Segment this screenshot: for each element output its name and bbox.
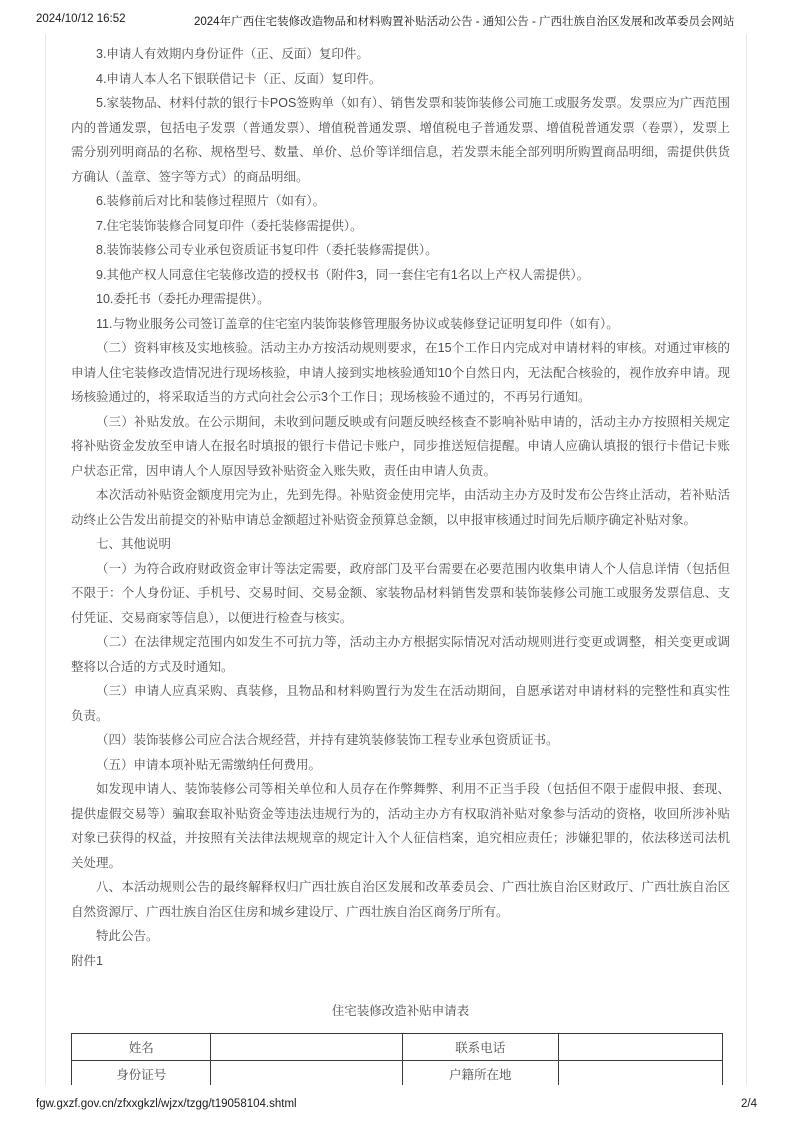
table-label-cell: 联系电话 — [402, 1034, 558, 1061]
paragraph: 特此公告。 — [71, 924, 730, 949]
document-paragraphs: 3.申请人有效期内身份证件（正、反面）复印件。4.申请人本人名下银联借记卡（正、… — [46, 34, 746, 949]
table-value-cell — [558, 1061, 723, 1086]
paragraph: 10.委托书（委托办理需提供）。 — [71, 287, 730, 312]
table-row: 姓名联系电话 — [72, 1034, 723, 1061]
paragraph: 8.装饰装修公司专业承包资质证书复印件（委托装修需提供）。 — [71, 238, 730, 263]
paragraph: 七、其他说明 — [71, 532, 730, 557]
footer-page-number: 2/4 — [741, 1098, 757, 1110]
table-label-cell: 户籍所在地 — [402, 1061, 558, 1086]
table-value-cell — [211, 1034, 403, 1061]
paragraph: （五）申请本项补贴无需缴纳任何费用。 — [71, 753, 730, 778]
table-label-cell: 身份证号 — [72, 1061, 211, 1086]
paragraph: 5.家装物品、材料付款的银行卡POS签购单（如有）、销售发票和装饰装修公司施工或… — [71, 91, 730, 189]
paragraph: （三）补贴发放。在公示期间，未收到问题反映或有问题反映经核查不影响补贴申请的，活… — [71, 410, 730, 484]
paragraph: 6.装修前后对比和装修过程照片（如有）。 — [71, 189, 730, 214]
table-value-cell — [211, 1061, 403, 1086]
paragraph: （二）在法律规定范围内如发生不可抗力等，活动主办方根据实际情况对活动规则进行变更… — [71, 630, 730, 679]
attachment-block: 附件1 住宅装修改造补贴申请表 姓名联系电话身份证号户籍所在地 — [71, 949, 730, 1085]
print-footer: fgw.gxzf.gov.cn/zfxxgkzl/wjzx/tzgg/t1905… — [36, 1098, 757, 1110]
table-label-cell: 姓名 — [72, 1034, 211, 1061]
paragraph: （三）申请人应真采购、真装修，且物品和材料购置行为发生在活动期间，自愿承诺对申请… — [71, 679, 730, 728]
paragraph: （四）装饰装修公司应合法合规经营，并持有建筑装修装饰工程专业承包资质证书。 — [71, 728, 730, 753]
header-title: 2024年广西住宅装修改造物品和材料购置补贴活动公告 - 通知公告 - 广西壮族… — [126, 13, 763, 29]
attachment-label: 附件1 — [71, 949, 730, 973]
application-table: 姓名联系电话身份证号户籍所在地 — [71, 1033, 723, 1085]
table-title: 住宅装修改造补贴申请表 — [71, 999, 730, 1023]
paragraph: （二）资料审核及实地核验。活动主办方按活动规则要求，在15个工作日内完成对申请材… — [71, 336, 730, 410]
print-header: 2024/10/12 16:52 2024年广西住宅装修改造物品和材料购置补贴活… — [36, 13, 763, 29]
footer-url: fgw.gxzf.gov.cn/zfxxgkzl/wjzx/tzgg/t1905… — [36, 1098, 297, 1110]
table-row: 身份证号户籍所在地 — [72, 1061, 723, 1086]
paragraph: 八、本活动规则公告的最终解释权归广西壮族自治区发展和改革委员会、广西壮族自治区财… — [71, 875, 730, 924]
content-frame: 3.申请人有效期内身份证件（正、反面）复印件。4.申请人本人名下银联借记卡（正、… — [45, 34, 747, 1085]
paragraph: 11.与物业服务公司签订盖章的住宅室内装饰装修管理服务协议或装修登记证明复印件（… — [71, 312, 730, 337]
paragraph: 本次活动补贴资金额度用完为止，先到先得。补贴资金使用完毕，由活动主办方及时发布公… — [71, 483, 730, 532]
paragraph: 9.其他产权人同意住宅装修改造的授权书（附件3，同一套住宅有1名以上产权人需提供… — [71, 263, 730, 288]
application-table-body: 姓名联系电话身份证号户籍所在地 — [72, 1034, 723, 1086]
paragraph: 7.住宅装饰装修合同复印件（委托装修需提供）。 — [71, 214, 730, 239]
table-value-cell — [558, 1034, 723, 1061]
paragraph: 3.申请人有效期内身份证件（正、反面）复印件。 — [71, 42, 730, 67]
paragraph: （一）为符合政府财政资金审计等法定需要，政府部门及平台需要在必要范围内收集申请人… — [71, 557, 730, 631]
header-datetime: 2024/10/12 16:52 — [36, 13, 126, 25]
paragraph: 4.申请人本人名下银联借记卡（正、反面）复印件。 — [71, 67, 730, 92]
print-page: 2024/10/12 16:52 2024年广西住宅装修改造物品和材料购置补贴活… — [0, 0, 793, 1123]
paragraph: 如发现申请人、装饰装修公司等相关单位和人员存在作弊舞弊、利用不正当手段（包括但不… — [71, 777, 730, 875]
